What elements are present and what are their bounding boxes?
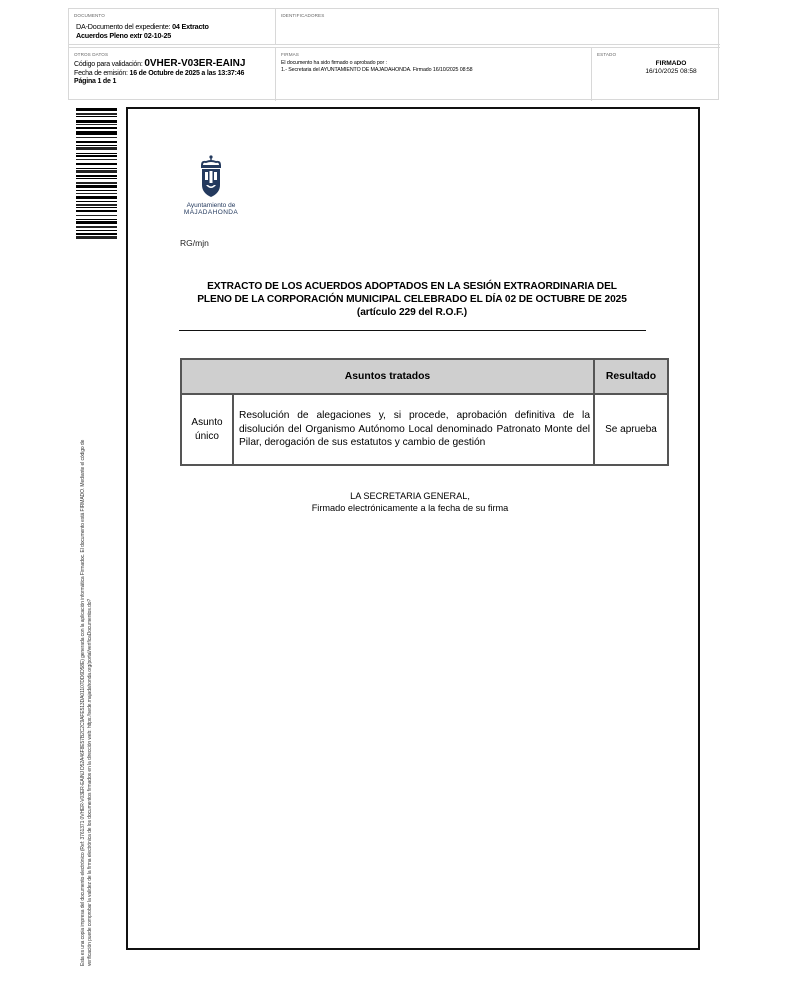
table-header-row: Asuntos tratados Resultado: [181, 359, 668, 394]
logo-line2: MAJADAHONDA: [176, 209, 246, 216]
item-result: Se aprueba: [594, 394, 668, 465]
signature-note: Firmado electrónicamente a la fecha de s…: [250, 503, 570, 515]
estado-caption: ESTADO: [597, 52, 616, 57]
title-divider: [179, 330, 646, 331]
estado-cell: ESTADO FIRMADO 16/10/2025 08:58: [592, 47, 720, 101]
reference-initials: RG/mjn: [180, 238, 209, 248]
title-line2: PLENO DE LA CORPORACIÓN MUNICIPAL CELEBR…: [178, 293, 646, 306]
issue-date: 16 de Octubre de 2025 a las 13:37:46: [130, 70, 245, 77]
title-line1: EXTRACTO DE LOS ACUERDOS ADOPTADOS EN LA…: [178, 280, 646, 293]
agenda-table: Asuntos tratados Resultado Asunto único …: [180, 358, 669, 466]
documento-name-line2: Acuerdos Pleno extr 02-10-25: [76, 31, 171, 40]
documento-cell: DOCUMENTO DA-Documento del expediente: 0…: [69, 9, 276, 45]
municipality-logo: Ayuntamiento de MAJADAHONDA: [176, 155, 246, 225]
page-frame: [126, 107, 700, 950]
identificadores-caption: IDENTIFICADORES: [281, 13, 324, 18]
coat-of-arms-icon: [198, 155, 224, 201]
side-text-line2: verificación puede comprobar la validez …: [87, 286, 94, 966]
issue-date-label: Fecha de emisión:: [74, 70, 130, 77]
title-line3: (artículo 229 del R.O.F.): [178, 306, 646, 319]
document-title: EXTRACTO DE LOS ACUERDOS ADOPTADOS EN LA…: [178, 280, 646, 319]
header-asuntos: Asuntos tratados: [181, 359, 594, 394]
signature-title: LA SECRETARIA GENERAL,: [250, 491, 570, 503]
barcode: [76, 108, 117, 276]
header-resultado: Resultado: [594, 359, 668, 394]
identificadores-cell: IDENTIFICADORES: [276, 9, 720, 45]
validation-code-label: Código para validación:: [74, 61, 144, 68]
firmas-cell: FIRMAS El documento ha sido firmado o ap…: [276, 47, 592, 101]
documento-caption: DOCUMENTO: [74, 13, 105, 18]
firmas-line1: El documento ha sido firmado o aprobado …: [281, 60, 473, 67]
logo-line1: Ayuntamiento de: [176, 202, 246, 209]
page-indicator: Página 1 de 1: [74, 78, 116, 85]
status-datetime: 16/10/2025 08:58: [622, 68, 720, 76]
verification-side-text: Esta es una copia impresa del documento …: [80, 286, 93, 966]
documento-text: DA-Documento del expediente: 04 Extracto…: [76, 22, 209, 40]
firmas-caption: FIRMAS: [281, 52, 299, 57]
status-badge: FIRMADO: [622, 60, 720, 68]
validation-code: 0VHER-V03ER-EAINJ: [144, 58, 245, 69]
table-row: Asunto único Resolución de alegaciones y…: [181, 394, 668, 465]
firmas-line2: 1.- Secretaria del AYUNTAMIENTO DE MAJAD…: [281, 67, 473, 74]
otros-datos-cell: OTROS DATOS Código para validación: 0VHE…: [69, 47, 276, 101]
signature-block: LA SECRETARIA GENERAL, Firmado electróni…: [250, 491, 570, 514]
item-description: Resolución de alegaciones y, si procede,…: [233, 394, 594, 465]
item-label: Asunto único: [181, 394, 233, 465]
document-header: DOCUMENTO DA-Documento del expediente: 0…: [68, 8, 719, 100]
otros-datos-caption: OTROS DATOS: [74, 52, 108, 57]
